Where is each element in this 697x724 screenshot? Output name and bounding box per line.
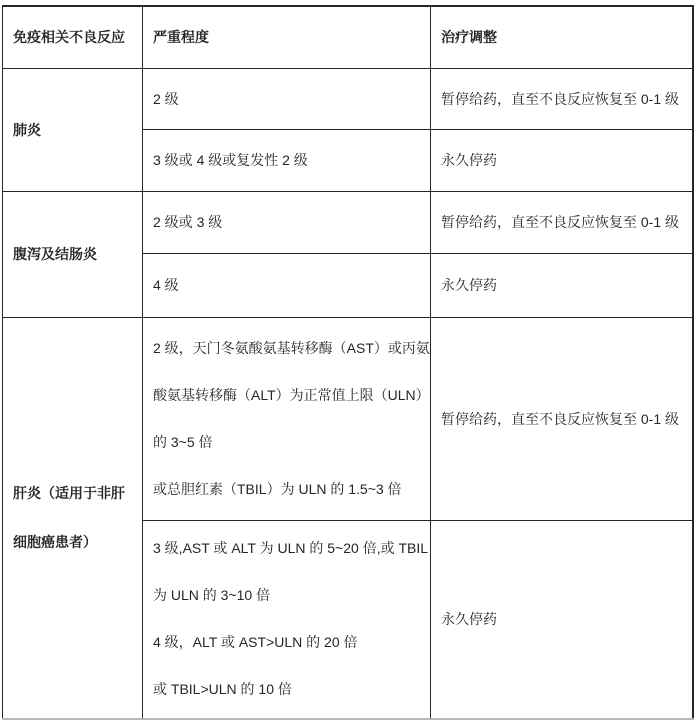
reaction-line: 肝炎（适用于非肝 [13, 469, 136, 518]
severity-cell: 2 级 [143, 68, 431, 129]
adjustment-cell: 暂停给药，直至不良反应恢复至 0-1 级 [431, 317, 693, 520]
severity-line: 4 级，ALT 或 AST>ULN 的 20 倍 [153, 619, 424, 666]
severity-line: 或 TBIL>ULN 的 10 倍 [153, 666, 424, 713]
severity-cell: 2 级或 3 级 [143, 191, 431, 253]
header-row: 免疫相关不良反应 严重程度 治疗调整 [3, 6, 693, 68]
severity-cell: 3 级,AST 或 ALT 为 ULN 的 5~20 倍,或 TBIL 为 UL… [143, 520, 431, 719]
adjustment-cell: 永久停药 [431, 520, 693, 719]
severity-line: 为 ULN 的 3~10 倍 [153, 572, 424, 619]
adverse-reaction-table: 免疫相关不良反应 严重程度 治疗调整 肺炎 2 级 暂停给药，直至不良反应恢复至… [2, 5, 694, 720]
severity-cell: 3 级或 4 级或复发性 2 级 [143, 129, 431, 191]
adjustment-cell: 暂停给药，直至不良反应恢复至 0-1 级 [431, 68, 693, 129]
severity-cell: 2 级，天门冬氨酸氨基转移酶（AST）或丙氨 酸氨基转移酶（ALT）为正常值上限… [143, 317, 431, 520]
reaction-cell-pneumonia: 肺炎 [3, 68, 143, 191]
header-severity: 严重程度 [143, 6, 431, 68]
header-reaction: 免疫相关不良反应 [3, 6, 143, 68]
table-row: 腹泻及结肠炎 2 级或 3 级 暂停给药，直至不良反应恢复至 0-1 级 [3, 191, 693, 253]
table-row: 肝炎（适用于非肝 细胞癌患者） 2 级，天门冬氨酸氨基转移酶（AST）或丙氨 酸… [3, 317, 693, 520]
reaction-cell-hepatitis: 肝炎（适用于非肝 细胞癌患者） [3, 317, 143, 719]
adjustment-cell: 永久停药 [431, 129, 693, 191]
reaction-cell-diarrhea-colitis: 腹泻及结肠炎 [3, 191, 143, 317]
header-adjustment: 治疗调整 [431, 6, 693, 68]
adjustment-cell: 永久停药 [431, 253, 693, 317]
document-page: 免疫相关不良反应 严重程度 治疗调整 肺炎 2 级 暂停给药，直至不良反应恢复至… [0, 5, 697, 720]
severity-line: 酸氨基转移酶（ALT）为正常值上限（ULN） [153, 372, 424, 419]
severity-line: 或总胆红素（TBIL）为 ULN 的 1.5~3 倍 [153, 466, 424, 513]
severity-cell: 4 级 [143, 253, 431, 317]
table-row: 肺炎 2 级 暂停给药，直至不良反应恢复至 0-1 级 [3, 68, 693, 129]
severity-line: 2 级，天门冬氨酸氨基转移酶（AST）或丙氨 [153, 325, 424, 372]
severity-line: 的 3~5 倍 [153, 419, 424, 466]
severity-line: 3 级,AST 或 ALT 为 ULN 的 5~20 倍,或 TBIL [153, 525, 424, 572]
reaction-line: 细胞癌患者） [13, 518, 136, 567]
adjustment-cell: 暂停给药，直至不良反应恢复至 0-1 级 [431, 191, 693, 253]
